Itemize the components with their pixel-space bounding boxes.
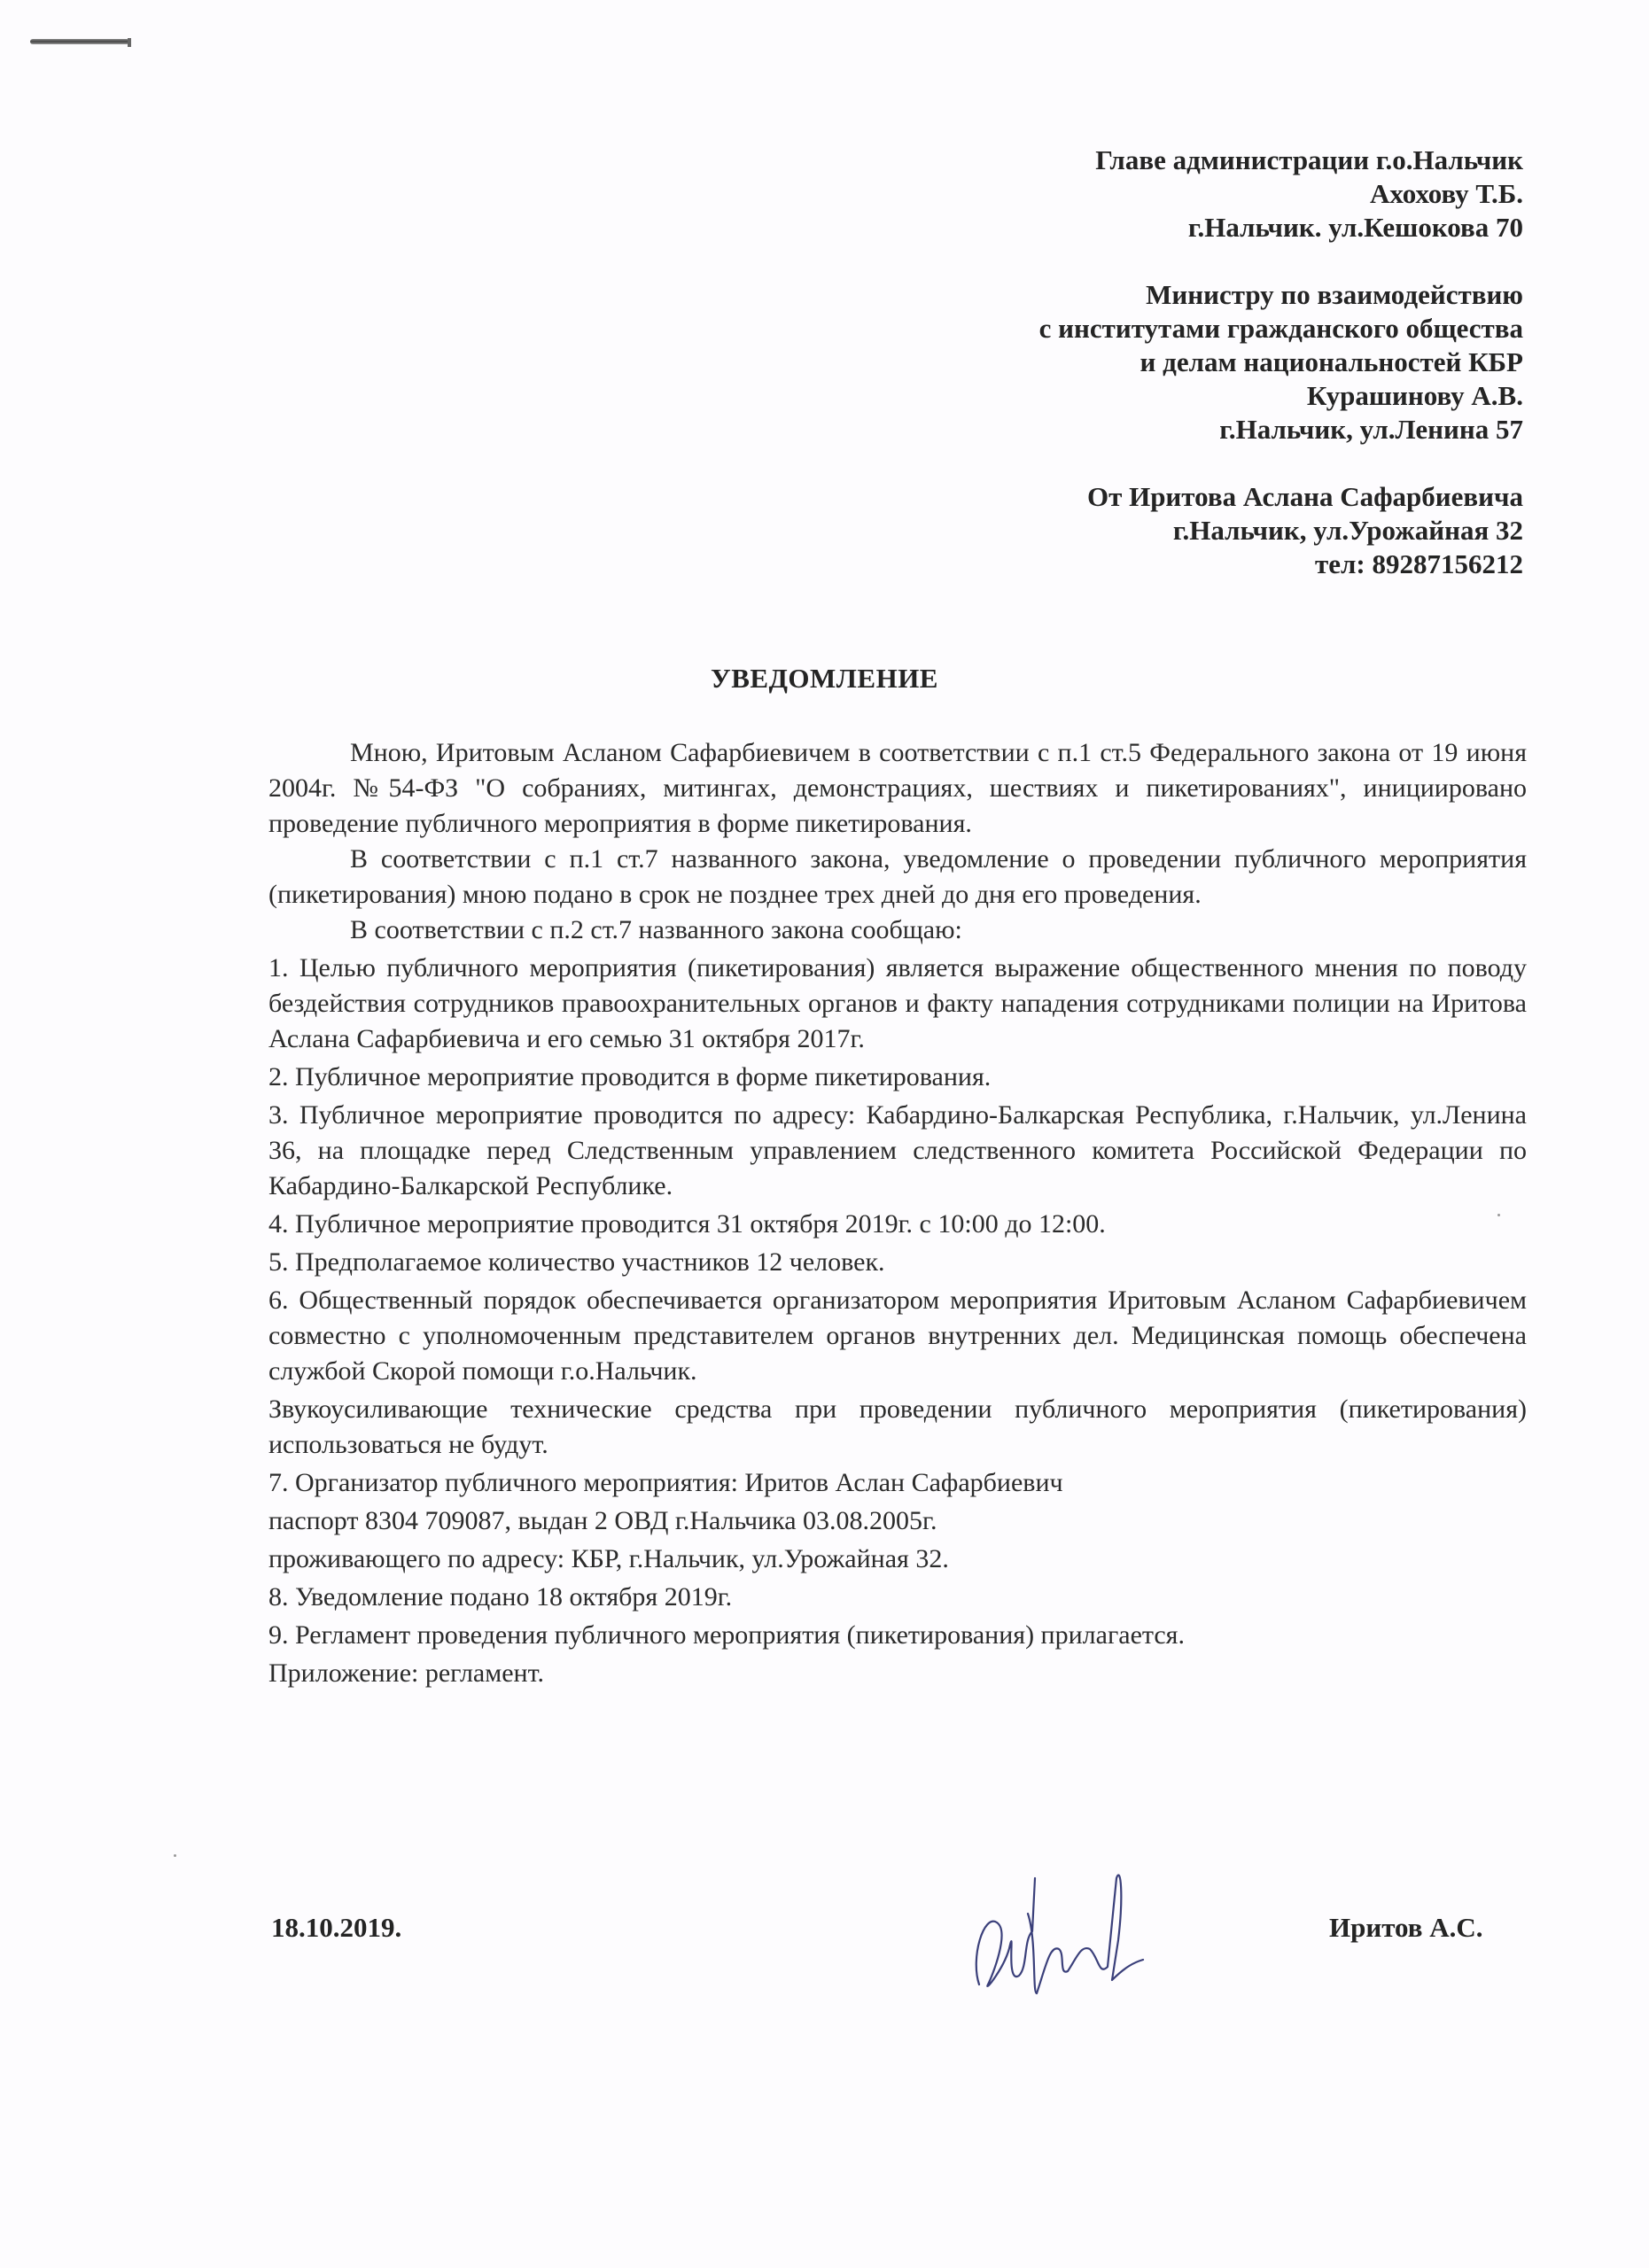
- addressee-line: Министру по взаимодействию: [1039, 278, 1523, 312]
- paragraph: В соответствии с п.2 ст.7 названного зак…: [268, 913, 1527, 948]
- addressee-line: г.Нальчик. ул.Кешокова 70: [1039, 211, 1523, 245]
- addressee-line: с институтами гражданского общества: [1039, 312, 1523, 346]
- staple-mark: [30, 39, 129, 44]
- list-item: 3. Публичное мероприятие проводится по а…: [268, 1098, 1527, 1204]
- document-title: УВЕДОМЛЕНИЕ: [0, 663, 1649, 695]
- signer-name: Иритов А.С.: [1329, 1912, 1483, 1944]
- paragraph: В соответствии с п.1 ст.7 названного зак…: [268, 842, 1527, 913]
- list-item: 6. Общественный порядок обеспечивается о…: [268, 1283, 1527, 1389]
- addressee-line: Ахохову Т.Б.: [1039, 177, 1523, 211]
- recipient-head-of-administration: Главе администрации г.о.Нальчик Ахохову …: [1039, 144, 1523, 245]
- list-item: проживающего по адресу: КБР, г.Нальчик, …: [268, 1542, 1527, 1577]
- sender-phone: тел: 89287156212: [1039, 548, 1523, 581]
- recipient-minister: Министру по взаимодействию с институтами…: [1039, 278, 1523, 447]
- sender-line: г.Нальчик, ул.Урожайная 32: [1039, 514, 1523, 548]
- list-item: 5. Предполагаемое количество участников …: [268, 1245, 1527, 1280]
- addressee-line: и делам национальностей КБР: [1039, 346, 1523, 379]
- sender-block: От Иритова Аслана Сафарбиевича г.Нальчик…: [1039, 480, 1523, 581]
- addressee-line: Курашинову А.В.: [1039, 379, 1523, 413]
- handwritten-signature: [966, 1860, 1161, 2002]
- addressee-line: г.Нальчик, ул.Ленина 57: [1039, 413, 1523, 447]
- list-item: 7. Организатор публичного мероприятия: И…: [268, 1465, 1527, 1501]
- paragraph: Мною, Иритовым Асланом Сафарбиевичем в с…: [268, 735, 1527, 842]
- list-item: 8. Уведомление подано 18 октября 2019г.: [268, 1580, 1527, 1615]
- attachment-note: Приложение: регламент.: [268, 1656, 1527, 1691]
- document-body: Мною, Иритовым Асланом Сафарбиевичем в с…: [268, 735, 1527, 1691]
- sender-line: От Иритова Аслана Сафарбиевича: [1039, 480, 1523, 514]
- addressee-block: Главе администрации г.о.Нальчик Ахохову …: [1039, 144, 1523, 581]
- list-item: 1. Целью публичного мероприятия (пикетир…: [268, 951, 1527, 1057]
- scan-speck: [174, 1854, 176, 1857]
- addressee-line: Главе администрации г.о.Нальчик: [1039, 144, 1523, 177]
- scan-speck: [1497, 1214, 1500, 1216]
- list-item: Звукоусиливающие технические средства пр…: [268, 1392, 1527, 1463]
- list-item: паспорт 8304 709087, выдан 2 ОВД г.Нальч…: [268, 1503, 1527, 1539]
- list-item: 9. Регламент проведения публичного мероп…: [268, 1618, 1527, 1653]
- list-item: 2. Публичное мероприятие проводится в фо…: [268, 1060, 1527, 1095]
- signature-date: 18.10.2019.: [271, 1912, 401, 1944]
- list-item: 4. Публичное мероприятие проводится 31 о…: [268, 1207, 1527, 1242]
